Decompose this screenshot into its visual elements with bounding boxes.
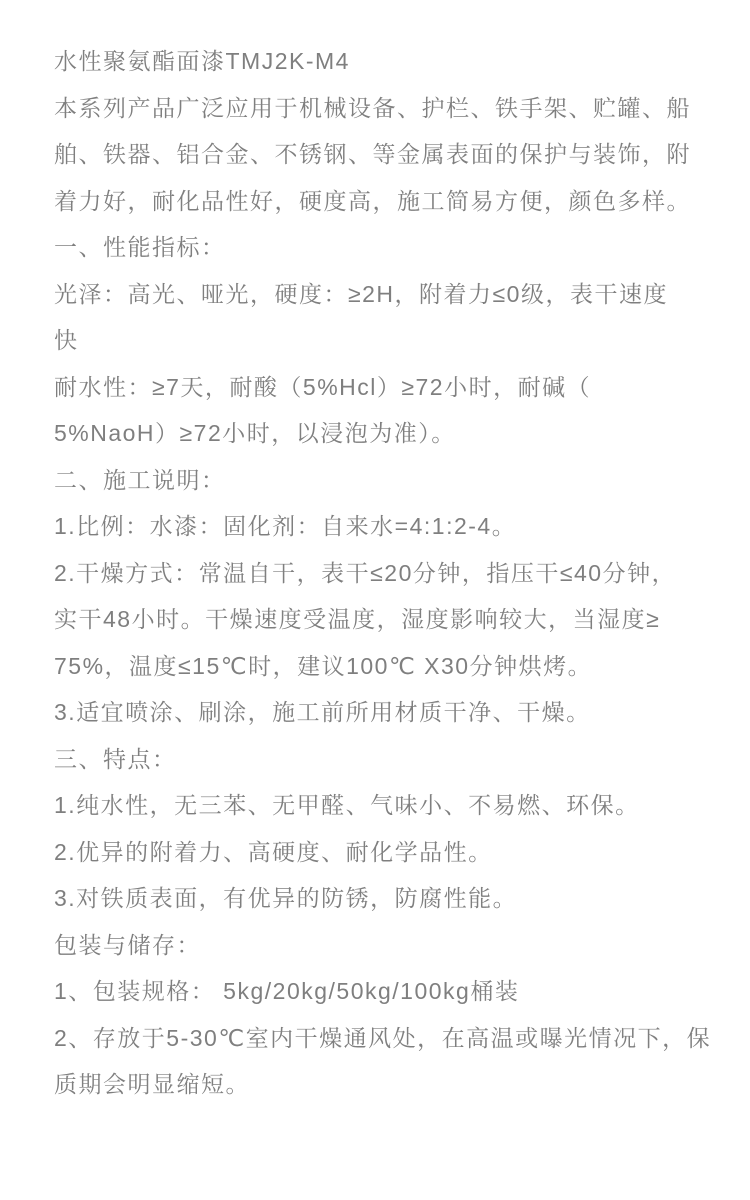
application-line: 3.适宜喷涂、刷涂，施工前所用材质干净、干燥。 <box>54 689 720 736</box>
performance-line: 耐水性：≥7天，耐酸（5%Hcl）≥72小时，耐碱（ <box>54 364 720 411</box>
application-line: 1.比例：水漆：固化剂：自来水=4:1:2-4。 <box>54 503 720 550</box>
intro-line: 本系列产品广泛应用于机械设备、护栏、铁手架、贮罐、船 <box>54 85 720 132</box>
feature-line: 2.优异的附着力、高硬度、耐化学品性。 <box>54 829 720 876</box>
feature-line: 1.纯水性，无三苯、无甲醛、气味小、不易燃、环保。 <box>54 782 720 829</box>
performance-line: 快 <box>54 317 720 364</box>
intro-line: 舶、铁器、铝合金、不锈钢、等金属表面的保护与装饰，附 <box>54 131 720 178</box>
packaging-line: 1、包装规格： 5kg/20kg/50kg/100kg桶装 <box>54 968 720 1015</box>
packaging-line: 质期会明显缩短。 <box>54 1061 720 1108</box>
application-line: 75%，温度≤15℃时，建议100℃ X30分钟烘烤。 <box>54 643 720 690</box>
product-title: 水性聚氨酯面漆TMJ2K-M4 <box>54 38 720 85</box>
section-heading-performance: 一、性能指标： <box>54 224 720 271</box>
section-heading-features: 三、特点： <box>54 736 720 783</box>
application-line: 2.干燥方式：常温自干，表干≤20分钟，指压干≤40分钟， <box>54 550 720 597</box>
section-heading-application: 二、施工说明： <box>54 457 720 504</box>
section-heading-packaging: 包装与储存： <box>54 922 720 969</box>
performance-line: 光泽：高光、哑光，硬度：≥2H，附着力≤0级，表干速度 <box>54 271 720 318</box>
performance-line: 5%NaoH）≥72小时，以浸泡为准）。 <box>54 410 720 457</box>
feature-line: 3.对铁质表面，有优异的防锈，防腐性能。 <box>54 875 720 922</box>
product-spec-document: 水性聚氨酯面漆TMJ2K-M4 本系列产品广泛应用于机械设备、护栏、铁手架、贮罐… <box>0 0 750 1200</box>
intro-line: 着力好，耐化品性好，硬度高，施工简易方便，颜色多样。 <box>54 178 720 225</box>
application-line: 实干48小时。干燥速度受温度，湿度影响较大，当湿度≥ <box>54 596 720 643</box>
packaging-line: 2、存放于5-30℃室内干燥通风处，在高温或曝光情况下，保 <box>54 1015 720 1062</box>
